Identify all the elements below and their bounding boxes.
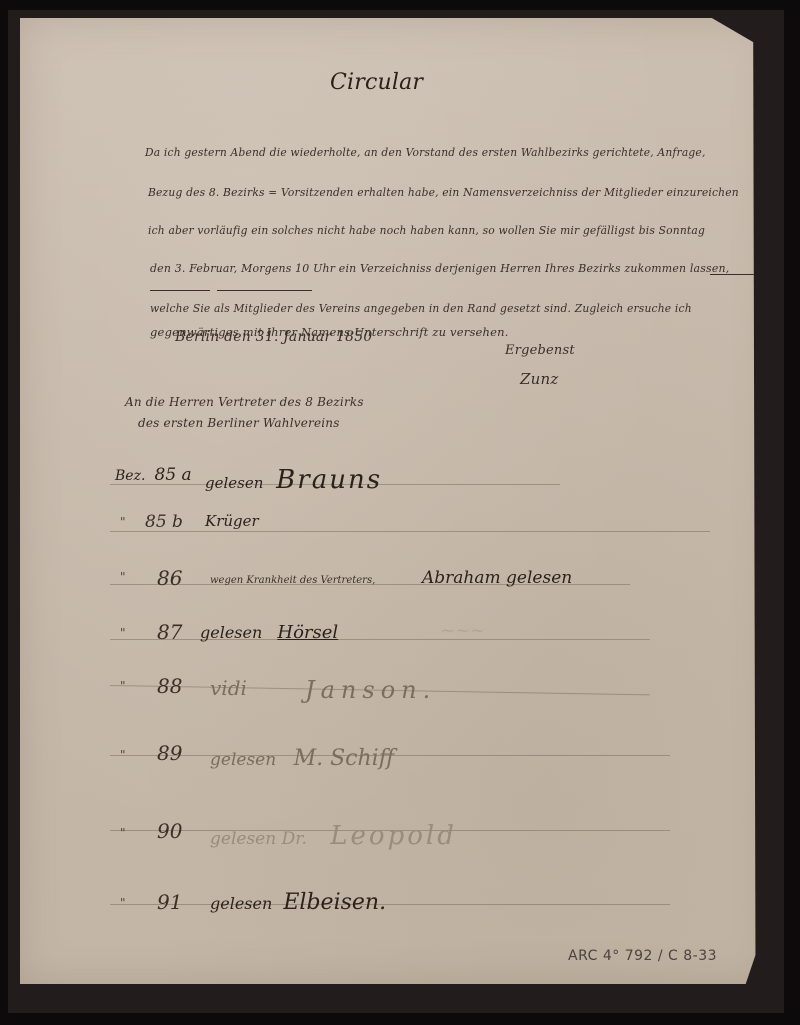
date-line: Berlin den 31. Januar 1850 bbox=[175, 329, 372, 345]
entry-85b-name: Krüger bbox=[205, 512, 259, 530]
ruled-line bbox=[110, 904, 670, 905]
entry-90-name: gelesen Dr. Leopold bbox=[210, 821, 457, 851]
entry-number: 90 bbox=[157, 819, 182, 843]
body-line-2: Bezug des 8. Bezirks = Vorsitzenden erha… bbox=[148, 185, 739, 199]
entry-89-name: gelesen M. Schiff bbox=[210, 746, 394, 771]
underline-time bbox=[217, 290, 312, 291]
entry-86-name: Abraham gelesen bbox=[422, 568, 572, 588]
signature-closing: Ergebenst bbox=[505, 343, 575, 358]
entry-number: 88 bbox=[157, 674, 182, 698]
ruled-line bbox=[110, 639, 650, 640]
entry-text: gelesen bbox=[200, 623, 262, 642]
ditto-mark: " bbox=[120, 748, 126, 762]
entry-text: gelesen bbox=[210, 750, 276, 770]
document-title: Circular bbox=[330, 70, 423, 95]
underline-date bbox=[150, 290, 210, 291]
entry-88-name: Janson. bbox=[305, 676, 436, 704]
ditto-mark: " bbox=[120, 826, 126, 840]
address-line-1: An die Herren Vertreter des 8 Bezirks bbox=[125, 395, 364, 409]
ditto-mark: " bbox=[120, 570, 126, 584]
underline-sonntag bbox=[710, 274, 760, 275]
entry-name: Brauns bbox=[276, 465, 382, 495]
entry-name: Elbeisen. bbox=[283, 890, 386, 915]
entry-text: gelesen bbox=[210, 894, 272, 913]
document-page: Circular Da ich gestern Abend die wieder… bbox=[20, 18, 772, 984]
ruled-line bbox=[110, 531, 710, 532]
entry-85a-text: gelesen Brauns bbox=[205, 465, 382, 495]
entry-text: gelesen Dr. bbox=[210, 829, 307, 849]
body-line-1: Da ich gestern Abend die wiederholte, an… bbox=[145, 145, 706, 159]
entry-86-text: wegen Krankheit des Vertreters, bbox=[210, 575, 375, 586]
body-line-3: ich aber vorläufig ein solches nicht hab… bbox=[148, 223, 705, 237]
entry-number: 91 bbox=[157, 890, 182, 914]
archive-reference: ARC 4° 792 / C 8-33 bbox=[568, 948, 717, 964]
entry-number: 85 b bbox=[145, 512, 183, 532]
entry-number: 89 bbox=[157, 741, 182, 765]
entry-name: M. Schiff bbox=[294, 746, 395, 771]
entry-85a: Bez. 85 a bbox=[115, 465, 192, 485]
entry-88-text: vidi bbox=[210, 676, 247, 700]
address-line-2: des ersten Berliner Wahlvereins bbox=[138, 416, 340, 430]
entry-number: 87 bbox=[157, 620, 182, 644]
entry-87-name: gelesen Hörsel bbox=[200, 622, 338, 643]
body-line-4: den 3. Februar, Morgens 10 Uhr ein Verze… bbox=[150, 261, 729, 275]
entry-number: 86 bbox=[157, 566, 182, 590]
ditto-mark: " bbox=[120, 515, 126, 529]
entry-number: 85 a bbox=[155, 465, 192, 485]
entry-name: Hörsel bbox=[277, 622, 338, 643]
bleed-through-text: ~~~ bbox=[440, 620, 485, 641]
signature-name: Zunz bbox=[520, 370, 558, 388]
body-line-5: welche Sie als Mitglieder des Vereins an… bbox=[150, 301, 692, 315]
entry-text: gelesen bbox=[205, 474, 263, 492]
entry-prefix: Bez. bbox=[115, 468, 145, 484]
ditto-mark: " bbox=[120, 626, 126, 640]
ditto-mark: " bbox=[120, 896, 126, 910]
entry-name: Leopold bbox=[330, 821, 457, 851]
body-line-4-text: den 3. Februar, Morgens 10 Uhr ein Verze… bbox=[150, 261, 729, 275]
ditto-mark: " bbox=[120, 679, 126, 693]
entry-91-name: gelesen Elbeisen. bbox=[210, 890, 386, 915]
